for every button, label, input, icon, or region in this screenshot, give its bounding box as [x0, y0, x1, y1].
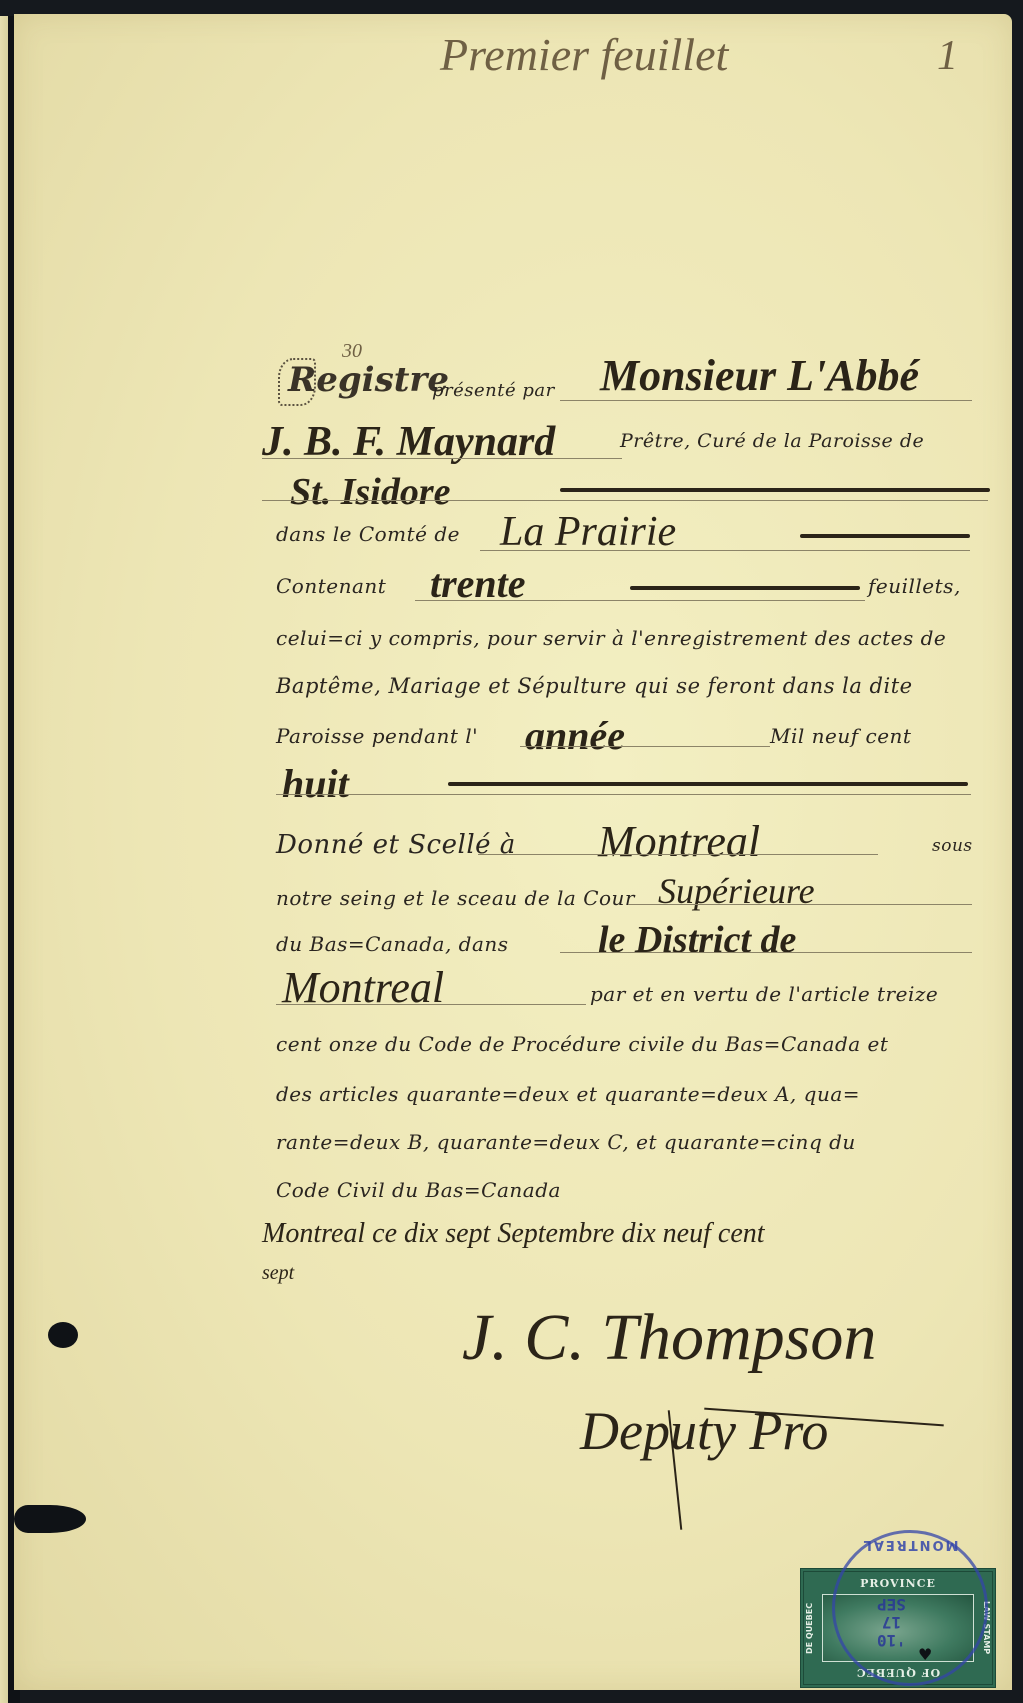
handwritten-entry: huit [282, 760, 349, 807]
signature-name: J. C. Thompson [462, 1300, 876, 1376]
printed-text: du Bas=Canada, dans [276, 932, 509, 956]
ink-line [560, 488, 990, 492]
postmark-date: '10 17 SEP [877, 1595, 906, 1649]
handwritten-entry: St. Isidore [290, 470, 450, 514]
printed-text: Code Civil du Bas=Canada [276, 1178, 561, 1202]
page-number: 1 [937, 32, 958, 80]
printed-text: feuillets, [868, 574, 961, 598]
adjacent-page-edge [0, 16, 8, 1703]
fill-line [262, 458, 622, 459]
fill-line [276, 794, 971, 795]
heart-punch-icon: ♥ [918, 1645, 932, 1664]
fill-line [262, 500, 988, 501]
fill-line [480, 550, 970, 551]
binding-clip [14, 1505, 86, 1533]
printed-text: Baptême, Mariage et Sépulture qui se fer… [276, 674, 913, 698]
printed-text: dans le Comté de [276, 522, 460, 546]
printed-text: présenté par [432, 380, 555, 401]
handwritten-dateline: sept [262, 1262, 294, 1285]
handwritten-entry: La Prairie [500, 508, 676, 556]
printed-text: des articles quarante=deux et quarante=d… [276, 1082, 860, 1106]
printed-text: Donné et Scellé à [276, 830, 516, 860]
printed-text: celui=ci y compris, pour servir à l'enre… [276, 626, 946, 650]
fill-line [520, 746, 770, 747]
printed-text: notre seing et le sceau de la Cour [276, 886, 635, 910]
fill-line [478, 854, 878, 855]
printed-text: Paroisse pendant l' [276, 724, 478, 748]
folio-title: Premier feuillet [440, 28, 728, 81]
printed-text: Contenant [276, 574, 386, 598]
handwritten-entry: Supérieure [658, 870, 815, 912]
printed-text: cent onze du Code de Procédure civile du… [276, 1032, 888, 1056]
handwritten-dateline: Montreal ce dix sept Septembre dix neuf … [262, 1218, 765, 1250]
fill-line [415, 600, 865, 601]
printed-text: rante=deux B, quarante=deux C, et quaran… [276, 1130, 856, 1154]
fill-line [276, 1004, 586, 1005]
postmark-cancel: MONTREAL '10 17 SEP [832, 1530, 988, 1686]
handwritten-entry: Monsieur L'Abbé [600, 350, 919, 401]
registre-heading: Registre [288, 360, 449, 400]
printed-text: Mil neuf cent [770, 724, 911, 748]
fill-line [628, 904, 972, 905]
ink-blot [48, 1322, 78, 1348]
fill-line [560, 952, 972, 953]
ink-line [800, 534, 970, 538]
postmark-city: MONTREAL [835, 1537, 985, 1552]
fill-line [560, 400, 972, 401]
ink-line [448, 782, 968, 786]
ink-line [630, 586, 860, 590]
printed-text: Prêtre, Curé de la Paroisse de [620, 430, 924, 452]
handwritten-entry: le District de [598, 918, 796, 962]
handwritten-entry: Montreal [598, 816, 760, 867]
handwritten-entry: année [525, 712, 625, 759]
printed-text: par et en vertu de l'article treize [590, 982, 938, 1006]
printed-text: sous [932, 836, 973, 856]
stamp-left-label: DE QUEBEC [805, 1594, 821, 1662]
handwritten-entry: Montreal [282, 962, 444, 1013]
